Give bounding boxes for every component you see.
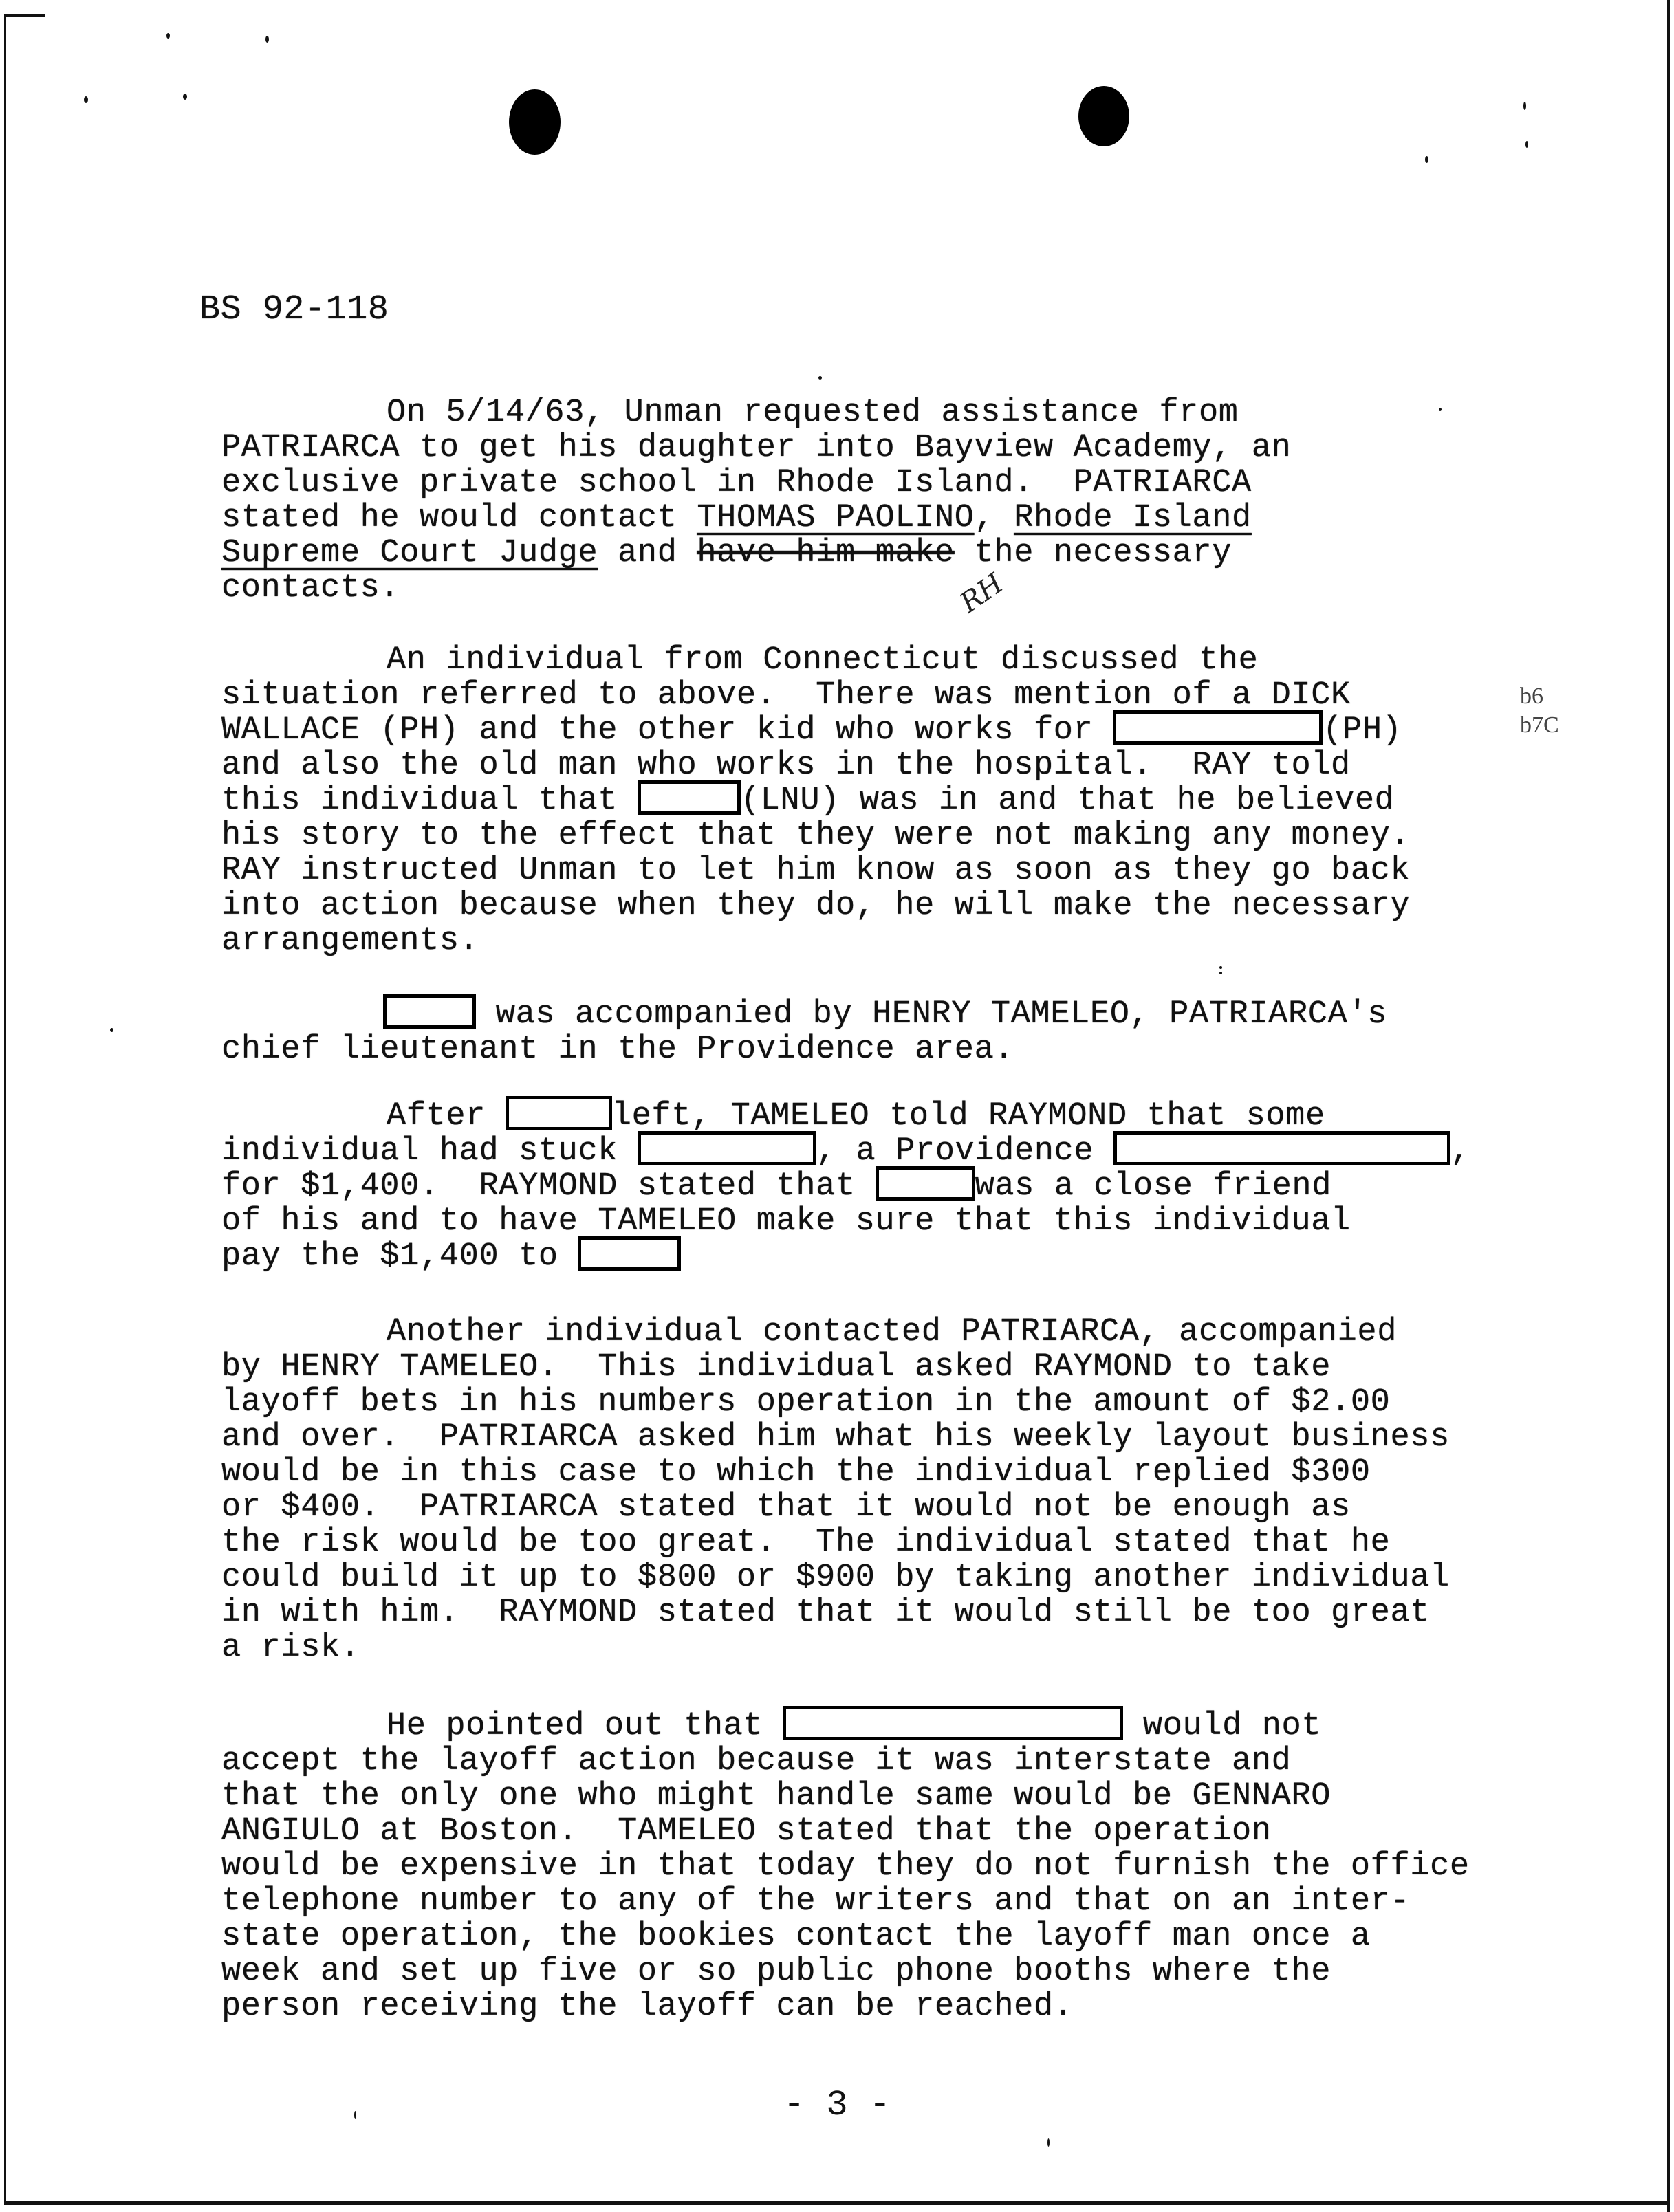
text-run: An individual from Connecticut discussed… — [387, 642, 1258, 679]
text-run: Another individual contacted PATRIARCA, … — [387, 1314, 1397, 1350]
scan-speck — [166, 33, 170, 39]
text-run: this individual that — [221, 782, 638, 819]
text-run: chief lieutenant in the Providence area. — [221, 1031, 1014, 1068]
text-run: He pointed out that — [387, 1708, 783, 1744]
redaction-box — [876, 1166, 975, 1201]
file-number: BS 92-118 — [199, 292, 389, 328]
text-run: by HENRY TAMELEO. This individual asked … — [221, 1349, 1331, 1386]
p6-line: ANGIULO at Boston. TAMELEO stated that t… — [221, 1814, 1272, 1850]
scan-speck — [818, 376, 822, 380]
p1-line: exclusive private school in Rhode Island… — [221, 466, 1252, 501]
struck-text: have him make — [697, 535, 954, 571]
scan-speck — [183, 94, 187, 100]
p4-line: After left, TAMELEO told RAYMOND that so… — [387, 1099, 1325, 1135]
scan-speck — [1523, 102, 1526, 110]
page-edge-left — [4, 14, 6, 2204]
text-run: and — [598, 535, 697, 571]
text-run: , — [975, 500, 1014, 536]
p2-line: into action because when they do, he wil… — [221, 888, 1410, 924]
text-run: state operation, the bookies contact the… — [221, 1918, 1371, 1955]
p6-line: would be expensive in that today they do… — [221, 1849, 1470, 1885]
p5-line: in with him. RAYMOND stated that it woul… — [221, 1595, 1430, 1631]
scan-speck — [1439, 408, 1442, 411]
text-run: would be expensive in that today they do… — [221, 1848, 1470, 1885]
p5-line: layoff bets in his numbers operation in … — [221, 1385, 1390, 1421]
text-run: stated he would contact — [221, 500, 697, 536]
p2-line: WALLACE (PH) and the other kid who works… — [221, 713, 1402, 749]
underlined-text: Rhode Island — [1014, 500, 1252, 536]
p2-line: his story to the effect that they were n… — [221, 818, 1410, 854]
p6-line: He pointed out that would not — [387, 1709, 1321, 1744]
text-run: contacts. — [221, 570, 400, 606]
p2-line: situation referred to above. There was m… — [221, 678, 1351, 714]
p1-line: stated he would contact THOMAS PAOLINO, … — [221, 501, 1252, 536]
text-run: or $400. PATRIARCA stated that it would … — [221, 1489, 1351, 1526]
text-run: RAY instructed Unman to let him know as … — [221, 853, 1410, 889]
p2-line: arrangements. — [221, 923, 479, 959]
scan-speck — [1525, 141, 1528, 148]
redaction-box — [638, 780, 741, 815]
text-run: person receiving the layoff can be reach… — [221, 1989, 1074, 2025]
scan-speck — [265, 36, 269, 43]
text-run: On 5/14/63, Unman requested assistance f… — [387, 395, 1239, 431]
text-run: layoff bets in his numbers operation in … — [221, 1384, 1390, 1421]
p5-line: could build it up to $800 or $900 by tak… — [221, 1560, 1450, 1596]
p2-line: An individual from Connecticut discussed… — [387, 643, 1258, 679]
text-run: the risk would be too great. The individ… — [221, 1524, 1390, 1561]
text-run: left, TAMELEO told RAYMOND that some — [612, 1098, 1325, 1135]
text-run: (PH) — [1323, 712, 1402, 749]
redaction-box — [1113, 1131, 1450, 1165]
exemption-code-b6: b6 — [1520, 683, 1543, 710]
redaction-box — [783, 1706, 1123, 1740]
exemption-code-b7c: b7C — [1520, 712, 1559, 739]
p6-line: state operation, the bookies contact the… — [221, 1919, 1371, 1955]
text-run: in with him. RAYMOND stated that it woul… — [221, 1595, 1430, 1631]
text-run: of his and to have TAMELEO make sure tha… — [221, 1203, 1351, 1240]
text-run: for $1,400. RAYMOND stated that — [221, 1168, 876, 1205]
text-run: and over. PATRIARCA asked him what his w… — [221, 1419, 1450, 1456]
text-run: would not — [1123, 1708, 1321, 1744]
p5-line: and over. PATRIARCA asked him what his w… — [221, 1420, 1450, 1456]
text-run: ANGIULO at Boston. TAMELEO stated that t… — [221, 1813, 1272, 1850]
text-run: PATRIARCA to get his daughter into Bayvi… — [221, 430, 1291, 466]
p3-line: chief lieutenant in the Providence area. — [221, 1032, 1014, 1068]
scan-speck — [1425, 156, 1428, 163]
text-run: the necessary — [955, 535, 1232, 571]
p5-line: or $400. PATRIARCA stated that it would … — [221, 1490, 1351, 1526]
page-edge-corner — [4, 14, 45, 17]
text-run: pay the $1,400 to — [221, 1238, 578, 1275]
redaction-box — [578, 1236, 681, 1271]
p5-line: by HENRY TAMELEO. This individual asked … — [221, 1350, 1331, 1386]
p2-line: and also the old man who works in the ho… — [221, 748, 1351, 784]
p6-line: accept the layoff action because it was … — [221, 1744, 1291, 1780]
document-page: BS 92-118 On 5/14/63, Unman requested as… — [0, 0, 1674, 2212]
text-run: into action because when they do, he wil… — [221, 888, 1410, 924]
text-run: , a Providence — [816, 1133, 1113, 1170]
p5-line: a risk. — [221, 1630, 360, 1666]
text-run: was a close friend — [975, 1168, 1331, 1205]
p1-line: On 5/14/63, Unman requested assistance f… — [387, 395, 1239, 431]
p6-line: person receiving the layoff can be reach… — [221, 1989, 1074, 2025]
p4-line: pay the $1,400 to — [221, 1239, 681, 1275]
p5-line: the risk would be too great. The individ… — [221, 1525, 1390, 1561]
text-run: exclusive private school in Rhode Island… — [221, 465, 1252, 501]
page-edge-bottom — [4, 2201, 1670, 2205]
redaction-box — [383, 994, 476, 1029]
p1-line: Supreme Court Judge and have him make th… — [221, 536, 1232, 571]
text-run: could build it up to $800 or $900 by tak… — [221, 1559, 1450, 1596]
p2-line: this individual that (LNU) was in and th… — [221, 783, 1394, 819]
text-run: a risk. — [221, 1630, 360, 1666]
p3-line: was accompanied by HENRY TAMELEO, PATRIA… — [383, 997, 1387, 1033]
text-run: After — [387, 1098, 506, 1135]
text-run: would be in this case to which the indiv… — [221, 1454, 1371, 1491]
p6-line: week and set up five or so public phone … — [221, 1954, 1331, 1990]
p1-line: contacts. — [221, 571, 400, 606]
page-edge-right — [1667, 0, 1670, 2212]
p2-line: RAY instructed Unman to let him know as … — [221, 853, 1410, 889]
p4-line: individual had stuck , a Providence , — [221, 1134, 1470, 1170]
p6-line: telephone number to any of the writers a… — [221, 1884, 1410, 1920]
p4-line: for $1,400. RAYMOND stated that was a cl… — [221, 1169, 1331, 1205]
punch-hole-left — [509, 89, 561, 155]
scan-speck — [84, 96, 88, 103]
underlined-text: THOMAS PAOLINO — [697, 500, 974, 536]
p6-line: that the only one who might handle same … — [221, 1779, 1331, 1815]
scan-speck — [1219, 972, 1222, 974]
p5-line: Another individual contacted PATRIARCA, … — [387, 1315, 1397, 1350]
text-run: arrangements. — [221, 923, 479, 959]
text-run: individual had stuck — [221, 1133, 638, 1170]
text-run: week and set up five or so public phone … — [221, 1953, 1331, 1990]
text-run: situation referred to above. There was m… — [221, 677, 1351, 714]
text-run: was accompanied by HENRY TAMELEO, PATRIA… — [476, 996, 1387, 1033]
p4-line: of his and to have TAMELEO make sure tha… — [221, 1204, 1351, 1240]
redaction-box — [1113, 710, 1323, 745]
redaction-box — [506, 1096, 612, 1130]
text-run: telephone number to any of the writers a… — [221, 1883, 1410, 1920]
underlined-text: Supreme Court Judge — [221, 535, 598, 571]
redaction-box — [638, 1131, 816, 1165]
scan-speck — [1047, 2138, 1050, 2147]
text-run: , — [1450, 1133, 1470, 1170]
text-run: that the only one who might handle same … — [221, 1778, 1331, 1815]
text-run: his story to the effect that they were n… — [221, 818, 1410, 854]
text-run: accept the layoff action because it was … — [221, 1743, 1291, 1780]
page-number: - 3 - — [0, 2085, 1674, 2125]
text-run: (LNU) was in and that he believed — [741, 782, 1395, 819]
text-run: WALLACE (PH) and the other kid who works… — [221, 712, 1113, 749]
handwritten-initials: RH — [955, 568, 1010, 620]
scan-speck — [110, 1028, 113, 1032]
scan-speck — [1219, 966, 1222, 969]
text-run: and also the old man who works in the ho… — [221, 747, 1351, 784]
p1-line: PATRIARCA to get his daughter into Bayvi… — [221, 430, 1291, 466]
punch-hole-right — [1078, 86, 1129, 146]
p5-line: would be in this case to which the indiv… — [221, 1455, 1371, 1491]
